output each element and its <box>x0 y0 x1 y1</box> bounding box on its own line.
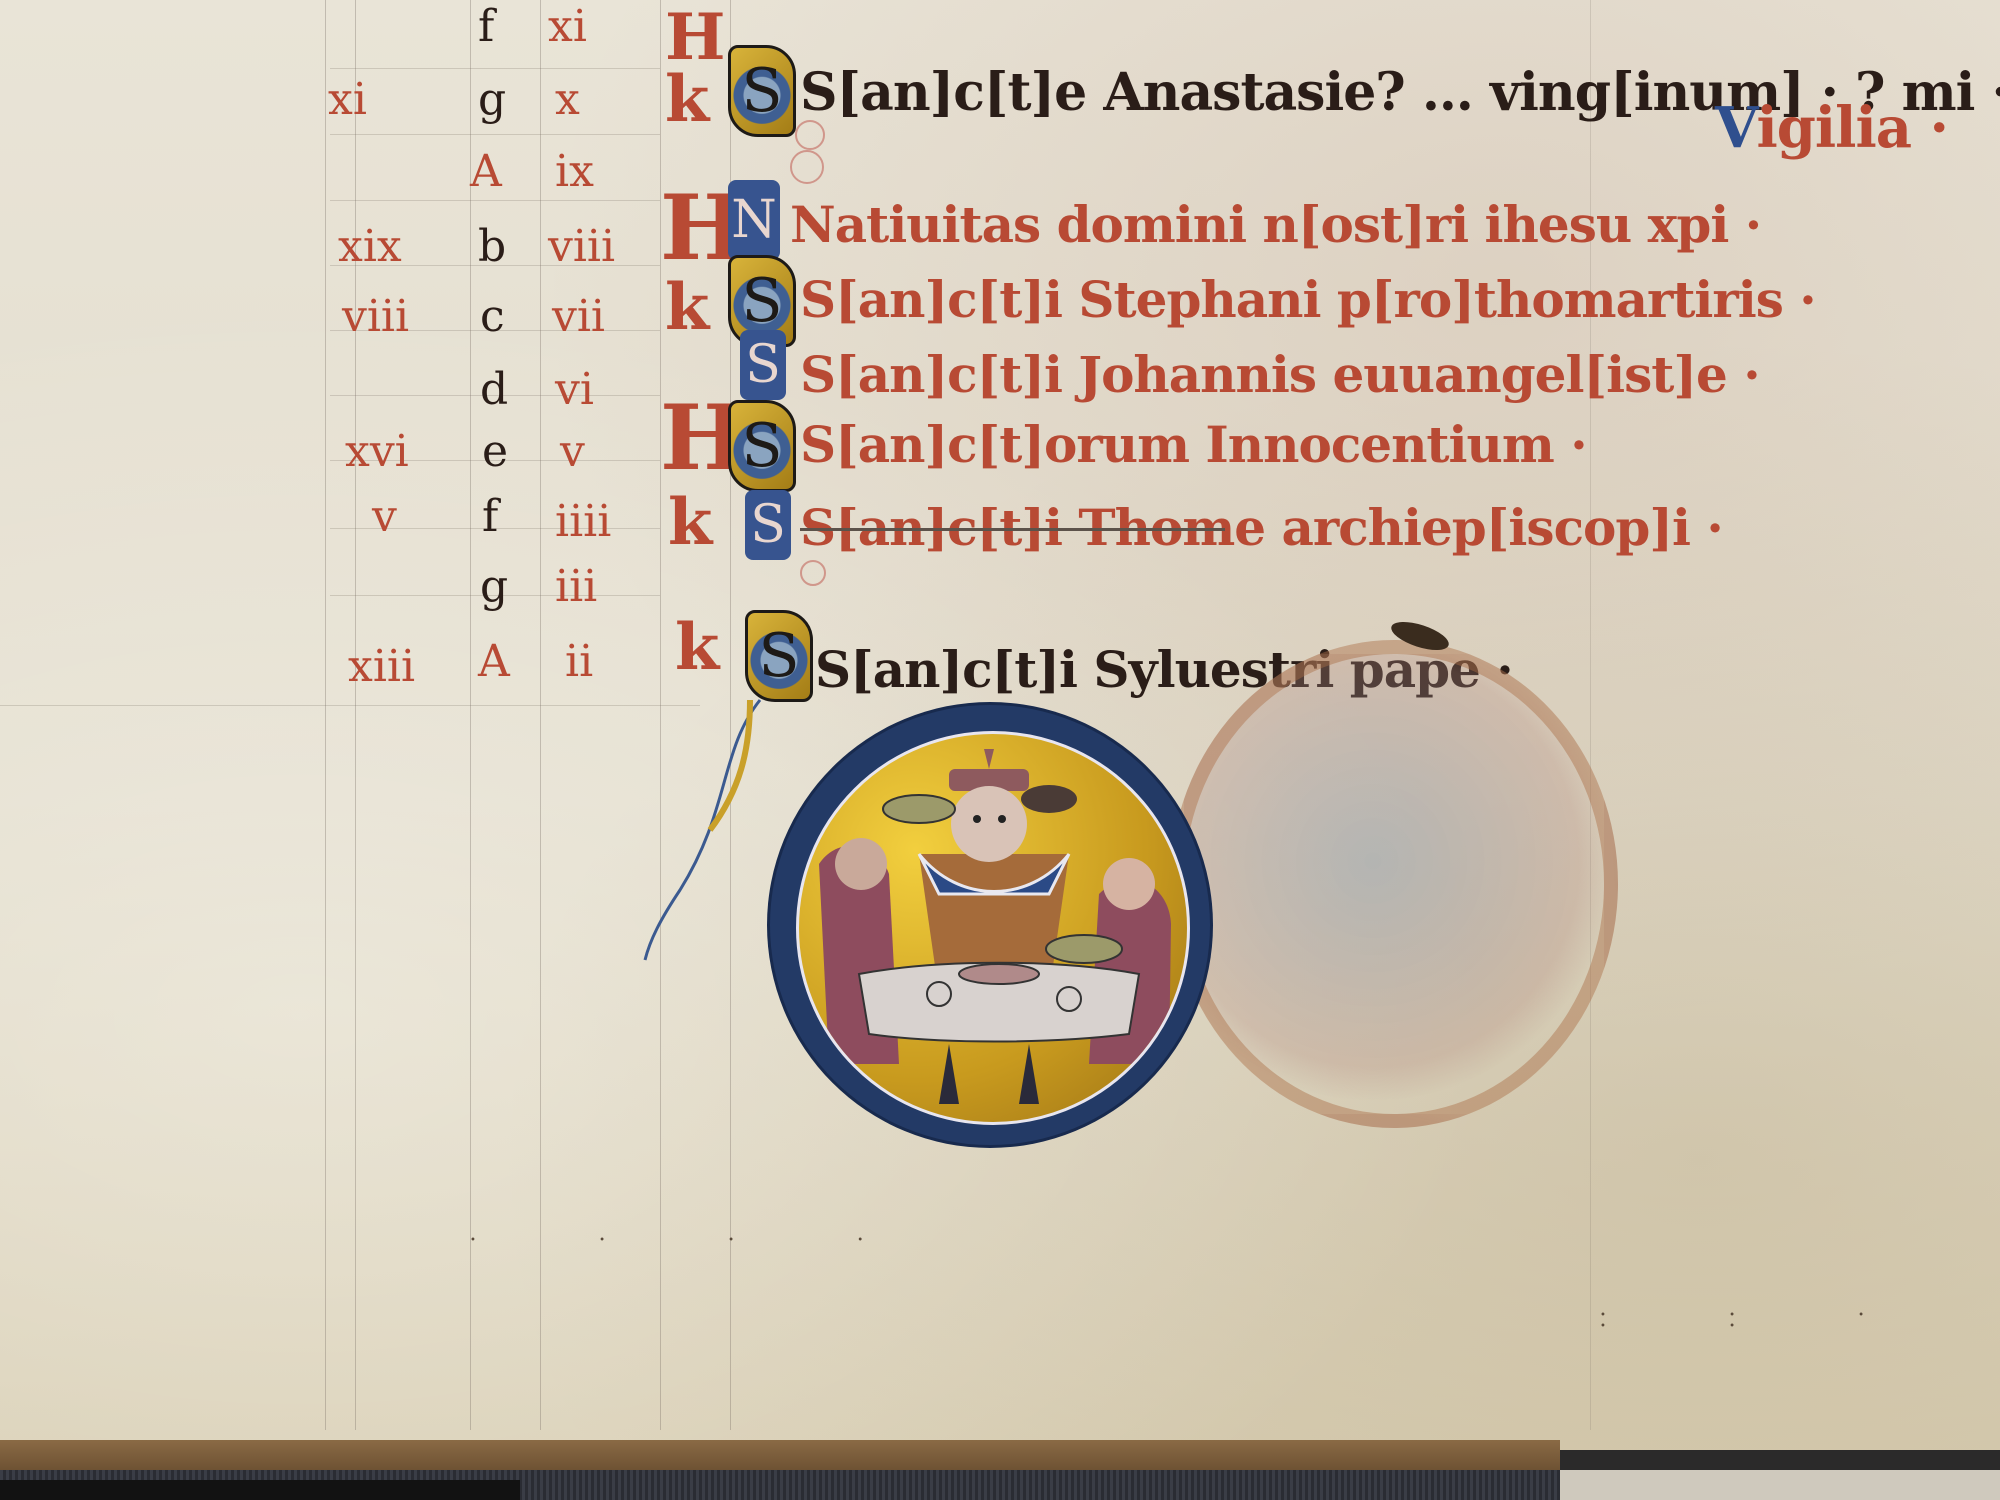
kalends-number: vi <box>555 368 594 412</box>
golden-number: viii <box>342 295 409 339</box>
dominical-letter: f <box>482 495 498 539</box>
manuscript-page: • • • • • • • • • xi xix viii xvi v xiii… <box>0 0 2000 1450</box>
dominical-letter: e <box>482 430 508 474</box>
kl-marker: k <box>668 485 712 560</box>
ruling-line <box>470 0 471 1430</box>
kalends-number: iii <box>555 565 597 609</box>
background-shadow <box>0 1480 520 1500</box>
vigilia-text: igilia · <box>1756 95 1948 161</box>
feast-entry: Natiuitas domini n[ost]ri ihesu xpi · <box>790 195 1761 254</box>
dominical-letter: A <box>478 640 510 684</box>
blue-initial: S <box>740 330 786 400</box>
golden-number: v <box>372 495 397 539</box>
penwork-flourish <box>800 560 826 586</box>
kl-marker: k <box>665 62 709 137</box>
ruling-line <box>330 200 660 201</box>
gold-ground <box>796 731 1190 1125</box>
feast-entry: S[an]c[t]i Johannis euuangel[ist]e · <box>800 345 1760 404</box>
dominical-letter: d <box>480 368 508 412</box>
gilded-initial: S <box>728 45 796 137</box>
marginal-note-vigilia: Vigilia · <box>1715 95 1948 161</box>
penwork-flourish <box>790 150 824 184</box>
kalends-number: iiii <box>555 500 611 544</box>
dominical-letter: A <box>470 150 502 194</box>
kalends-number: x <box>555 78 580 122</box>
dominical-letter: c <box>480 295 505 339</box>
golden-number: xiii <box>348 645 415 689</box>
dominical-letter: b <box>478 225 506 269</box>
golden-number: xi <box>328 78 367 122</box>
dominical-letter: f <box>478 5 494 49</box>
offset-roundel-ghost <box>1170 640 1618 1128</box>
vigilia-initial: V <box>1715 95 1756 161</box>
penwork-flourish <box>795 120 825 150</box>
gilded-initial: S <box>745 610 813 702</box>
blue-initial: S <box>745 490 791 560</box>
feast-entry: S[an]c[t]orum Innocentium · <box>800 415 1587 474</box>
gilded-initial: S <box>728 400 796 492</box>
pricking-marks: • • • • <box>470 1235 923 1246</box>
miniature-roundel <box>770 705 1210 1145</box>
ruling-line <box>355 0 356 1430</box>
pricking-marks: • • • • • <box>1600 1310 2000 1332</box>
kalends-number: ix <box>555 150 594 194</box>
feasting-scene <box>799 734 1187 1122</box>
ruling-line <box>330 134 660 135</box>
dominical-letter: g <box>480 565 508 609</box>
kl-marker: k <box>675 610 719 685</box>
golden-number: xix <box>338 225 402 269</box>
kalends-number: xi <box>548 5 587 49</box>
ruling-line <box>330 68 660 69</box>
kalends-number: vii <box>552 295 605 339</box>
kl-marker: k <box>665 270 709 345</box>
blue-initial: N <box>728 180 780 260</box>
ruling-line <box>540 0 541 1430</box>
golden-number: xvi <box>345 430 409 474</box>
feast-entry: S[an]c[t]i Stephani p[ro]thomartiris · <box>800 270 1816 329</box>
kalends-number: viii <box>548 225 615 269</box>
penwork-tail <box>640 690 780 970</box>
strike-through-line <box>800 528 1225 531</box>
ruling-line <box>325 0 326 1430</box>
kalends-number: ii <box>565 640 593 684</box>
next-leaf-edge <box>1560 1470 2000 1500</box>
dominical-letter: g <box>478 78 506 122</box>
kalends-number: v <box>560 430 585 474</box>
ruling-line <box>0 705 700 706</box>
binding-edge <box>0 1440 1560 1470</box>
